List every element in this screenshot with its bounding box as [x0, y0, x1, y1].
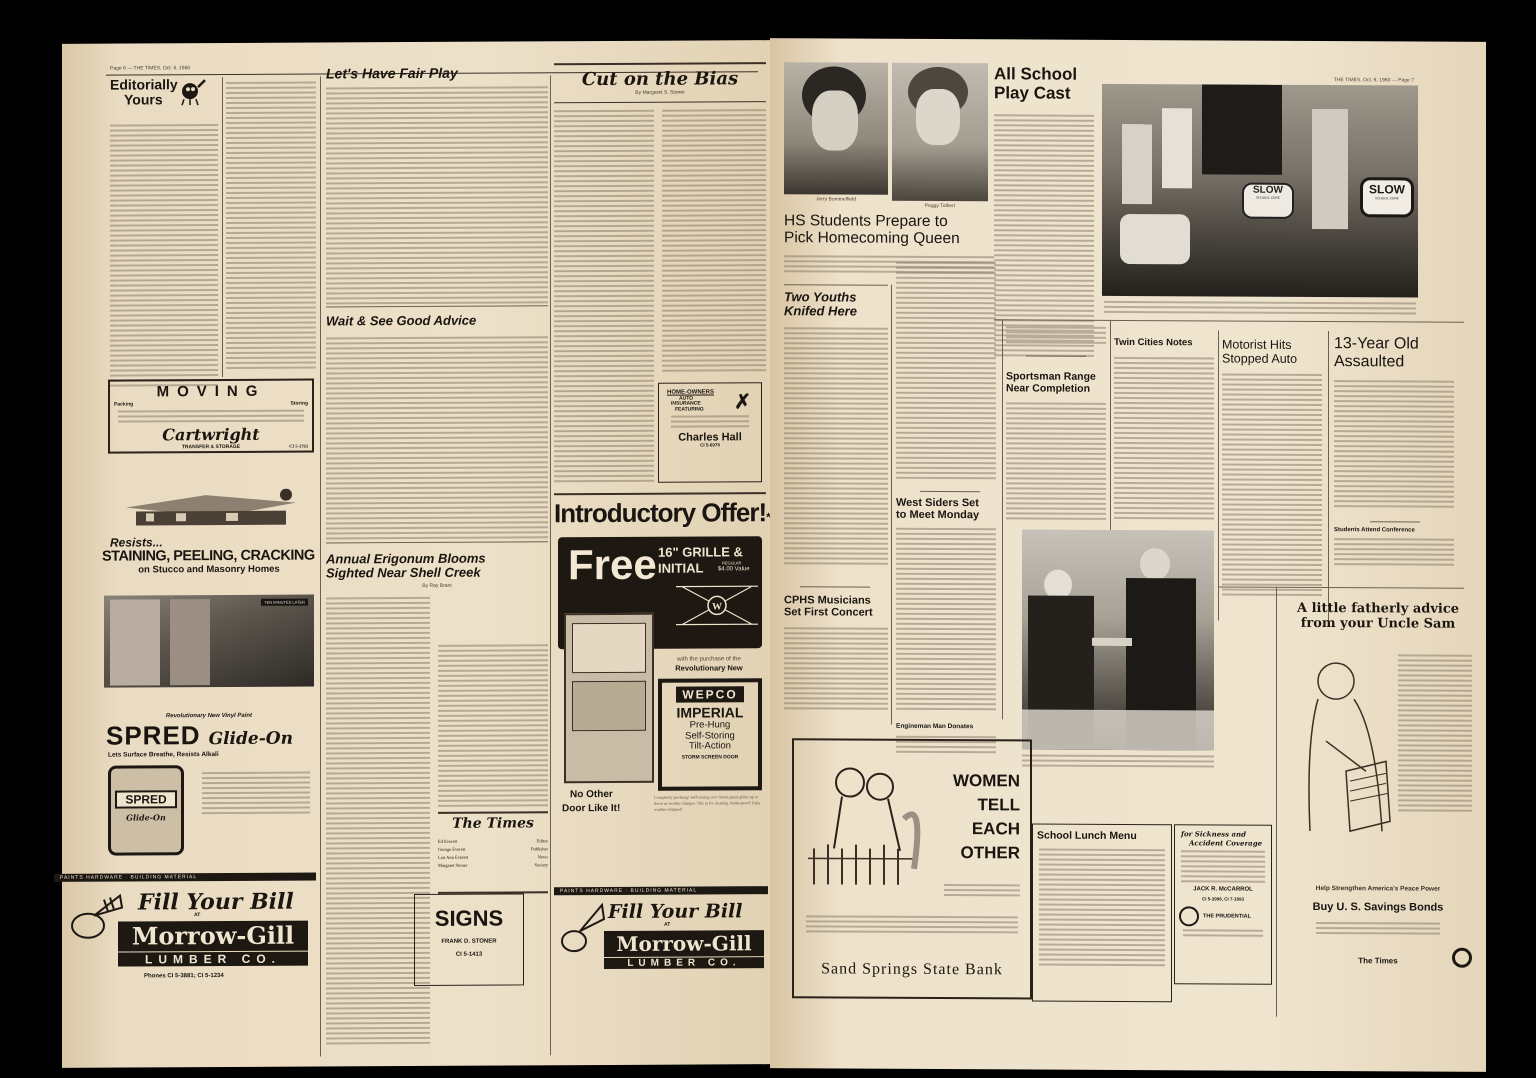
moving-ad: MOVING Packing Storing Cartwright TRANSF…	[108, 379, 314, 454]
two-youths-article: Two Youths Knifed Here	[784, 290, 894, 319]
editorially-yours-header: Editorially Yours	[110, 77, 220, 108]
cartoon-owl-icon	[178, 77, 208, 107]
charles-hall-insurance-ad: HOME-OWNERS AUTO INSURANCE FEATURING ✗ C…	[658, 382, 762, 483]
west-siders-body	[896, 525, 996, 720]
students-attend-conference-headline: Students Attend Conference	[1334, 527, 1415, 534]
headline-wait-and-see: Wait & See Good Advice	[326, 314, 476, 329]
erigonum-article: Annual Erigonum Blooms Sighted Near Shel…	[326, 551, 548, 589]
fair-play-body	[326, 83, 548, 304]
gossiping-women-illustration	[804, 758, 934, 889]
sand-springs-state-bank-ad: WOMEN TELL EACH OTHER Sand Springs State…	[792, 738, 1032, 999]
left-folio: Page 6 — THE TIMES, Oct. 6, 1960	[110, 65, 190, 71]
portrait-photo-peggy	[892, 63, 988, 202]
paint-can-illustration: SPRED Glide-On	[108, 765, 184, 855]
svg-text:W: W	[712, 601, 722, 612]
morrow-gill-ad-center: PAINTS HARDWARE · BUILDING MATERIAL Fill…	[554, 886, 768, 997]
morrow-gill-ad-left: PAINTS HARDWARE · BUILDING MATERIAL Fill…	[54, 873, 316, 1004]
prudential-rock-logo-icon	[1179, 906, 1199, 926]
uncle-sam-father-illustration	[1286, 651, 1396, 842]
homecoming-body-col-2	[896, 259, 996, 490]
stucco-wall-photo: TEN MINUTES LATER	[104, 595, 314, 688]
prudential-insurance-ad: for Sickness and Accident Coverage JACK …	[1174, 824, 1272, 985]
signs-ad: SIGNS FRANK D. STONER CI 5-1413	[414, 893, 524, 986]
editorial-column-1	[110, 121, 218, 394]
homecoming-article: HS Students Prepare to Pick Homecoming Q…	[784, 212, 994, 247]
slow-sign-1: SLOW SCHOOL ZONE	[1242, 183, 1294, 219]
headline-lets-have-fair-play: Let's Have Fair Play	[326, 66, 458, 82]
editorial-column-2	[226, 79, 316, 379]
spred-brand: SPRED	[106, 720, 201, 750]
right-newspaper-page: THE TIMES, Oct. 6, 1960 — Page 7 Jerry B…	[770, 38, 1486, 1072]
cut-on-the-bias-header: Cut on the Bias By Margaret S. Stoner	[554, 62, 766, 103]
engineman-donates-photo	[1022, 529, 1214, 750]
west-siders-article: West Siders Set to Meet Monday	[896, 497, 1006, 522]
wepco-storm-door-ad: Introductory Offer!* Free 16" GRILLE & I…	[554, 498, 766, 839]
motorist-hits-article: Motorist Hits Stopped Auto	[1222, 338, 1332, 366]
cut-on-bias-col-2	[662, 106, 766, 377]
bank-name: Sand Springs State Bank	[794, 960, 1030, 979]
twin-cities-notes-article: Twin Cities Notes	[1114, 338, 1224, 349]
portrait-photo-jerry	[784, 62, 888, 195]
advertising-council-logo-icon	[1452, 948, 1472, 968]
engineman-donates-headline: Engineman Man Donates	[896, 723, 973, 731]
all-school-play-cast-article: All School Play Cast	[994, 65, 1098, 103]
two-youths-body	[784, 324, 888, 573]
pelican-mascot-icon	[64, 886, 124, 946]
thirteen-year-old-article: 13-Year Old Assaulted	[1334, 335, 1458, 371]
storm-door-illustration	[564, 613, 654, 783]
handwritten-mark-icon: ✗	[734, 389, 751, 414]
grille-monogram-icon: W	[672, 580, 762, 630]
wait-and-see-body	[326, 333, 548, 540]
times-masthead-box: The Times Ed EverettEditor George Everet…	[438, 815, 548, 870]
cphs-musicians-article: CPHS Musicians Set First Concert	[784, 594, 894, 619]
left-newspaper-page: Page 6 — THE TIMES, Oct. 6, 1960 Editori…	[62, 40, 770, 1068]
slow-sign-2: SLOW SCHOOL ZONE	[1360, 177, 1414, 217]
house-illustration-icon	[116, 489, 306, 532]
times-masthead-title: The Times	[438, 815, 548, 832]
right-folio: THE TIMES, Oct. 6, 1960 — Page 7	[1334, 77, 1414, 83]
us-savings-bonds-ad: A little fatherly advice from your Uncle…	[1280, 601, 1476, 1002]
school-lunch-menu-box: School Lunch Menu	[1032, 823, 1172, 1002]
cartwright-logo: Cartwright	[110, 424, 312, 444]
cut-on-bias-col-1	[554, 107, 654, 488]
wepco-imperial-box: WEPCO IMPERIAL Pre-Hung Self-Storing Til…	[658, 678, 762, 791]
sportsman-range-article: Sportsman Range Near Completion	[1006, 371, 1116, 395]
pelican-mascot-icon	[556, 897, 606, 957]
spred-paint-ad: Resists... STAINING, PEELING, CRACKING o…	[102, 489, 316, 880]
erigonum-body-col-2	[438, 641, 548, 812]
slow-school-zone-signs-photo: SLOW SCHOOL ZONE SLOW SCHOOL ZONE	[1102, 84, 1418, 298]
